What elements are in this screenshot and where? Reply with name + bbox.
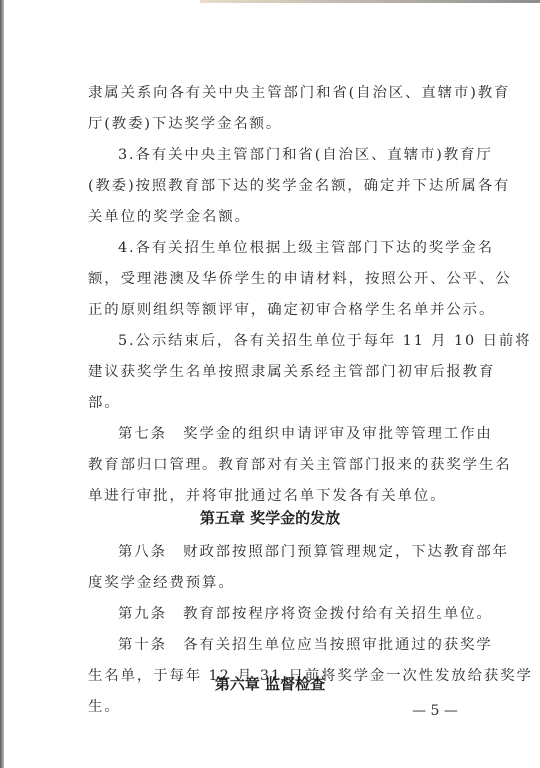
paragraph-line: 部。 [88,393,460,413]
paragraph-line: 隶属关系向各有关中央主管部门和省(自治区、直辖市)教育 [88,83,460,103]
paragraph-line: 正的原则组织等额评审，确定初审合格学生名单并公示。 [88,300,460,320]
document-page: 隶属关系向各有关中央主管部门和省(自治区、直辖市)教育厅(教委)下达奖学金名额。… [0,0,540,768]
paragraph-line: 建议获奖学生名单按照隶属关系经主管部门初审后报教育 [88,362,460,382]
paragraph-line: 4.各有关招生单位根据上级主管部门下达的奖学金名 [118,238,460,258]
paragraph-line: 额，受理港澳及华侨学生的申请材料，按照公开、公平、公 [88,269,460,289]
paragraph-line: 第九条 教育部按程序将资金拨付给有关招生单位。 [118,604,460,624]
paragraph-line: 第八条 财政部按照部门预算管理规定，下达教育部年 [118,542,460,562]
paragraph-line: 单进行审批，并将审批通过名单下发各有关单位。 [88,486,460,506]
paragraph-line: 3.各有关中央主管部门和省(自治区、直辖市)教育厅 [118,145,460,165]
page-number: — 5 — [405,702,465,720]
paragraph-line: (教委)按照教育部下达的奖学金名额，确定并下达所属各有 [88,176,460,196]
paragraph-line: 教育部归口管理。教育部对有关主管部门报来的获奖学生名 [88,455,460,475]
paragraph-line: 5.公示结束后，各有关招生单位于每年 11 月 10 日前将 [118,331,460,351]
paragraph-line: 第十条 各有关招生单位应当按照审批通过的获奖学 [118,635,460,655]
paragraph-line: 第七条 奖学金的组织申请评审及审批等管理工作由 [118,424,460,444]
chapter-heading: 第五章 奖学金的发放 [0,508,540,528]
chapter-heading: 第六章 监督检查 [0,674,540,694]
paragraph-line: 厅(教委)下达奖学金名额。 [88,114,460,134]
paragraph-line: 关单位的奖学金名额。 [88,207,460,227]
paragraph-line: 度奖学金经费预算。 [88,573,460,593]
